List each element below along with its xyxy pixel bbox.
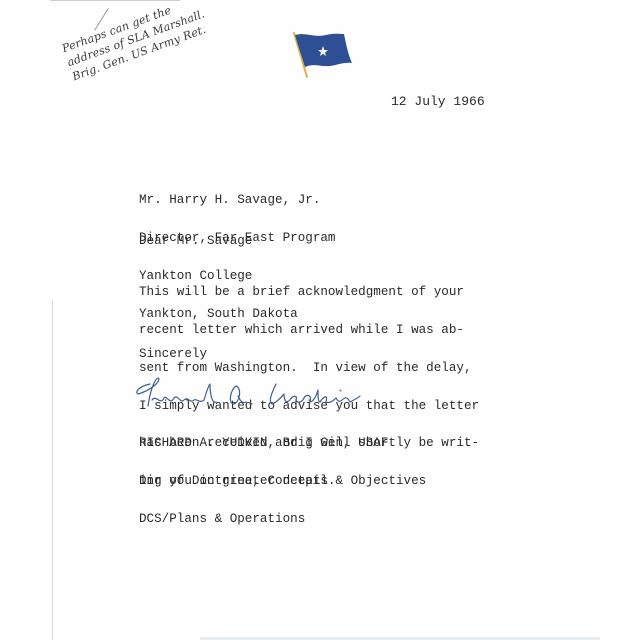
- signature-block: RICHARD A. YUDKIN, Brig Gen, USAF Dir of…: [139, 412, 426, 551]
- paper-top-edge: [50, 0, 180, 1]
- signer-name: RICHARD A. YUDKIN, Brig Gen, USAF: [139, 437, 426, 450]
- signer-title: Dir of Doctrine, Concepts & Objectives: [139, 475, 426, 488]
- letter-date: 12 July 1966: [391, 94, 485, 109]
- signer-office: DCS/Plans & Operations: [139, 513, 426, 526]
- closing: Sincerely: [139, 348, 207, 361]
- body-line: recent letter which arrived while I was …: [139, 324, 479, 337]
- addressee-line: Mr. Harry H. Savage, Jr.: [139, 194, 336, 207]
- paper-left-edge: [52, 300, 53, 640]
- letter-page: Perhaps can get the address of SLA Marsh…: [0, 0, 640, 640]
- body-line: This will be a brief acknowledgment of y…: [139, 286, 479, 299]
- salutation: Dear Mr. Savage: [139, 235, 252, 248]
- flag-icon: [292, 30, 352, 80]
- handwritten-note: Perhaps can get the address of SLA Marsh…: [60, 0, 273, 84]
- signature: Richard A. Yudkin: [132, 372, 362, 412]
